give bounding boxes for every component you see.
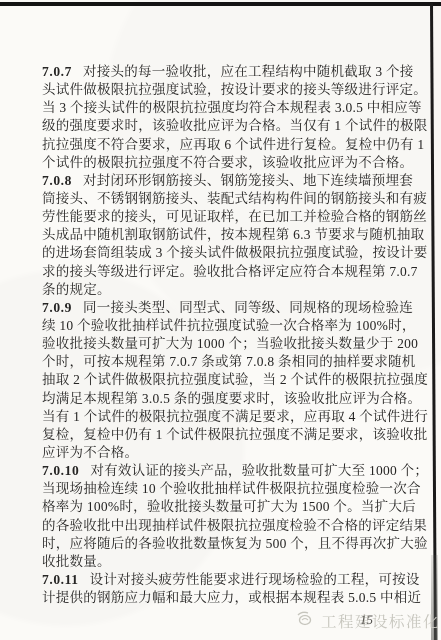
text-line: 验收批接头数量可扩大为 1000 个；当验收批接头数量少于 200 — [42, 335, 424, 353]
section-number: 7.0.7 — [42, 64, 72, 79]
watermark-text: 工程建设标准化 — [321, 610, 440, 632]
text-line: 抗拉强度不符合要求，应再取 6 个试件进行复检。复检中仍有 1 — [42, 136, 424, 154]
text-line: 当 3 个接头试件的极限抗拉强度均符合本规程表 3.0.5 中相应等 — [42, 99, 424, 117]
text-line: 求的接头等级进行评定。验收批合格评定应符合本规程第 7.0.7 — [42, 263, 424, 281]
line-text: 设计对接头疲劳性能要求进行现场检验的工程，可按设 — [90, 572, 420, 587]
text-line: 7.0.11设计对接头疲劳性能要求进行现场检验的工程，可按设 — [42, 571, 424, 589]
scan-right-border — [430, 3, 437, 640]
text-line: 抽取 2 个试件做极限抗拉强度试验，当 2 个试件的极限抗拉强度 — [42, 371, 424, 389]
text-line: 7.0.9同一接头类型、同型式、同等级、同规格的现场检验连 — [42, 299, 424, 317]
text-line: 复检，复检中仍有 1 个试件极限抗拉强度不满足要求，该验收批 — [42, 426, 424, 444]
text-line: 7.0.8对封闭环形钢筋接头、钢筋笼接头、地下连续墙预埋套 — [42, 172, 424, 190]
text-line: 头成品中随机割取钢筋试件，按本规程第 6.3 节要求与随机抽取 — [42, 226, 424, 244]
line-text: 同一接头类型、同型式、同等级、同规格的现场检验连 — [83, 300, 413, 315]
watermark-logo-icon — [296, 610, 318, 632]
line-text: 对封闭环形钢筋接头、钢筋笼接头、地下连续墙预埋套 — [83, 173, 413, 188]
section-number: 7.0.9 — [42, 300, 72, 315]
text-line: 的各验收批中出现抽样试件极限抗拉强度检验不合格的评定结果 — [42, 517, 424, 535]
line-text: 对有效认证的接头产品，验收批数量可扩大至 1000 个； — [90, 463, 428, 478]
text-line: 当有 1 个试件的极限抗拉强度不满足要求，应再取 4 个试件进行 — [42, 408, 424, 426]
section-number: 7.0.10 — [42, 463, 79, 478]
section-number: 7.0.11 — [42, 572, 79, 587]
text-line: 筒接头、不锈钢钢筋接头、装配式结构构件间的钢筋接头和有疲 — [42, 190, 424, 208]
text-line: 7.0.10对有效认证的接头产品，验收批数量可扩大至 1000 个； — [42, 462, 424, 480]
text-line: 级的强度要求时，该验收批应评为合格。当仅有 1 个试件的极限 — [42, 117, 424, 135]
section-number: 7.0.8 — [42, 173, 72, 188]
text-line: 均满足本规程第 3.0.5 条的强度要求时，该验收批应评为合格。 — [42, 390, 424, 408]
text-line: 劳性能要求的接头，可见证取样，在已加工并检验合格的钢筋丝 — [42, 208, 424, 226]
text-line: 头试件做极限抗拉强度试验，按设计要求的接头等级进行评定。 — [42, 81, 424, 99]
scan-top-border — [0, 2, 441, 6]
text-line: 7.0.7对接头的每一验收批，应在工程结构中随机截取 3 个接 — [42, 63, 424, 81]
document-body: 7.0.7对接头的每一验收批，应在工程结构中随机截取 3 个接头试件做极限抗拉强… — [42, 63, 424, 607]
text-line: 应评为不合格。 — [42, 444, 424, 462]
text-line: 当现场抽检连续 10 个验收批抽样试件极限抗拉强度检验一次合 — [42, 480, 424, 498]
text-line: 条的规定。 — [42, 281, 424, 299]
text-line: 的进场套筒组装成 3 个接头试件做极限抗拉强度试验，按设计要 — [42, 244, 424, 262]
line-text: 对接头的每一验收批，应在工程结构中随机截取 3 个接 — [83, 64, 414, 79]
text-line: 续 10 个验收批抽样试件抗拉强度试验一次合格率为 100%时， — [42, 317, 424, 335]
page-number: 15 — [360, 612, 373, 628]
text-line: 收批数量。 — [42, 553, 424, 571]
document-page: 7.0.7对接头的每一验收批，应在工程结构中随机截取 3 个接头试件做极限抗拉强… — [0, 0, 441, 640]
text-line: 个时，可按本规程第 7.0.7 条或第 7.0.8 条相同的抽样要求随机 — [42, 353, 424, 371]
text-line: 个试件的极限抗拉强度不符合要求，该验收批应评为不合格。 — [42, 154, 424, 172]
text-line: 格率为 100%时，验收批接头数量可扩大为 1500 个。当扩大后 — [42, 498, 424, 516]
text-line: 时，应将随后的各验收批数量恢复为 500 个，且不得再次扩大验 — [42, 535, 424, 553]
text-line: 计提供的钢筋应力幅和最大应力，或根据本规程表 5.0.5 中相近 — [42, 589, 424, 607]
